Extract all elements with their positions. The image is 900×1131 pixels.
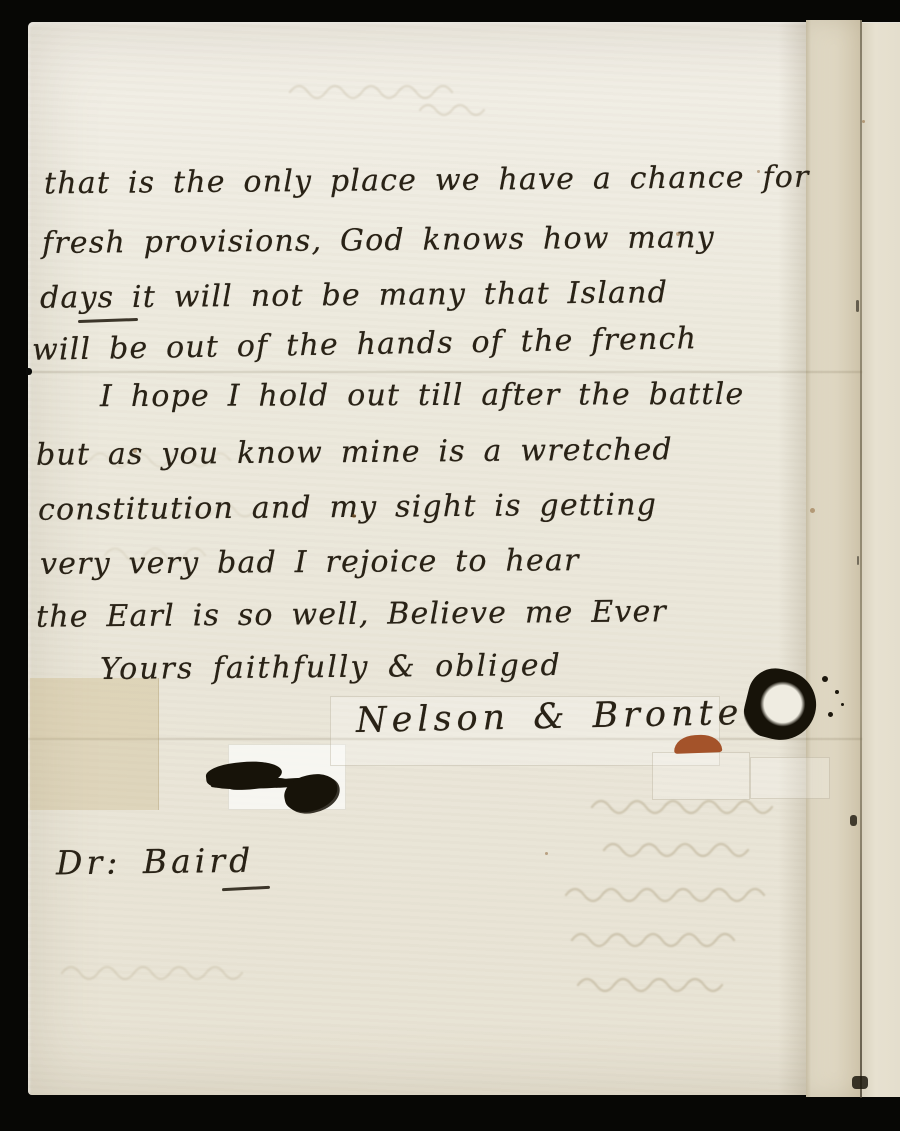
- crease-mark: [852, 1076, 868, 1089]
- letter-line-5: I hope I hold out till after the battle: [100, 380, 745, 412]
- bleedthrough-writing: [270, 62, 630, 122]
- tape-repair-patch: [750, 757, 830, 799]
- ink-speck: [822, 676, 828, 682]
- letter-line-6: but as you know mine is a wretched: [36, 435, 673, 471]
- ink-speck: [841, 703, 844, 706]
- signature: Nelson & Bronte: [356, 696, 744, 739]
- letter-line-8: very very bad I rejoice to hear: [40, 546, 580, 580]
- crease-mark: [850, 815, 857, 826]
- horizontal-fold-crease: [28, 371, 862, 373]
- letter-line-2: fresh provisions, God knows how many: [42, 223, 715, 259]
- foxing-speck: [862, 120, 865, 123]
- foxing-speck: [133, 449, 137, 453]
- letter-line-10: Yours faithfully & obliged: [100, 651, 562, 685]
- addressee: Dr: Baird: [56, 844, 255, 880]
- letter-line-1: that is the only place we have a chance …: [44, 163, 810, 200]
- tape-repair-patch: [652, 752, 750, 800]
- foxing-speck: [545, 852, 548, 855]
- crease-mark: [856, 300, 859, 312]
- paper-edge-notch: [26, 368, 32, 375]
- adjacent-page-edge: [862, 23, 900, 1097]
- foxing-speck: [676, 232, 680, 236]
- bleedthrough-writing: [50, 945, 260, 1000]
- tape-repair-patch: [30, 678, 159, 810]
- letter-line-9: the Earl is so well, Believe me Ever: [36, 597, 667, 633]
- bleedthrough-writing: [552, 785, 822, 1035]
- ink-speck: [828, 712, 833, 717]
- manuscript-photo: that is the only place we have a chance …: [0, 0, 900, 1131]
- letter-line-7: constitution and my sight is getting: [38, 490, 657, 525]
- crease-mark: [857, 556, 859, 565]
- ink-speck: [835, 690, 839, 694]
- foxing-speck: [757, 170, 760, 173]
- letter-line-3: days it will not be many that Island: [40, 278, 668, 313]
- foxing-speck: [810, 508, 815, 513]
- foxing-speck: [352, 514, 356, 518]
